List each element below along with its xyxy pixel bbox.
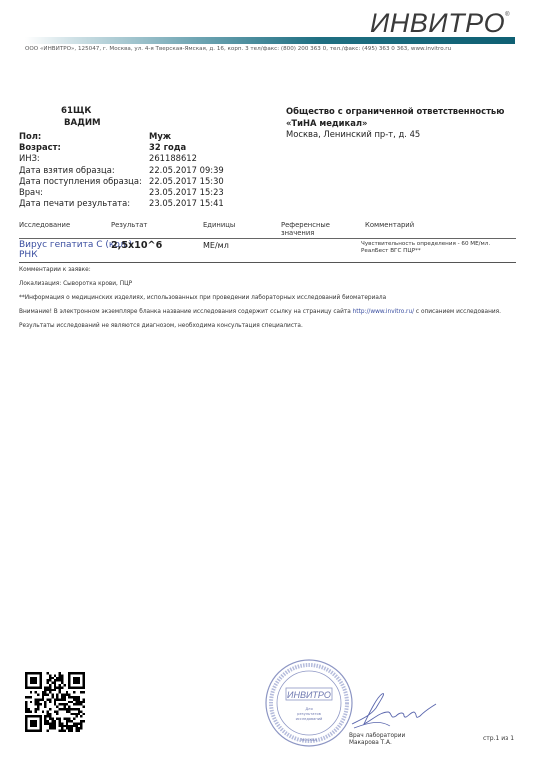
svg-text:Для: Для [305, 707, 312, 711]
field-label: Дата взятия образца: [19, 165, 149, 176]
organization-address: Москва, Ленинский пр-т, д. 45 [286, 129, 504, 141]
patient-field-row: ИНЗ:261188612 [19, 153, 224, 164]
patient-field-row: Пол:Муж [19, 131, 224, 142]
table-row: Вирус гепатита С (кол.)РНК 2,5x10^6 МЕ/м… [19, 239, 516, 263]
registered-mark: ® [505, 12, 510, 18]
doctor-name: Макарова Т.А. [349, 740, 405, 747]
invitro-site-link[interactable]: http://www.invitro.ru/ [353, 309, 414, 315]
field-value: 22.05.2017 09:39 [149, 165, 224, 176]
col-units: Единицы [203, 221, 235, 229]
patient-field-row: Врач:23.05.2017 15:23 [19, 187, 224, 198]
field-value: 261188612 [149, 153, 197, 164]
svg-text:исследований: исследований [296, 717, 323, 721]
field-label: Врач: [19, 187, 149, 198]
organization-name-line2: «ТиНА медикал» [286, 118, 504, 130]
organization-name-line1: Общество с ограниченной ответственностью [286, 106, 504, 118]
medical-devices-note: **Информация о медицинских изделиях, исп… [19, 295, 519, 302]
patient-id: 61ЩК [61, 106, 91, 116]
field-label: ИНЗ: [19, 153, 149, 164]
doctor-signature [350, 690, 440, 730]
field-label: Дата поступления образца: [19, 176, 149, 187]
result-comment: Чувствительность определения - 60 МЕ/мл.… [361, 241, 490, 255]
patient-info: Пол:МужВозраст:32 годаИНЗ:261188612Дата … [19, 131, 224, 209]
localization-note: Локализация: Сыворотка крови, ПЦР [19, 281, 519, 288]
field-value: Муж [149, 131, 171, 142]
svg-text:результатов: результатов [297, 712, 321, 716]
disclaimer-note: Результаты исследований не являются диаг… [19, 323, 519, 330]
attention-note: Внимание! В электронном экземпляре бланк… [19, 309, 519, 316]
field-value: 23.05.2017 15:23 [149, 187, 224, 198]
field-label: Возраст: [19, 142, 149, 153]
results-table-header: Исследование Результат Единицы Референсн… [19, 221, 516, 239]
organization-block: Общество с ограниченной ответственностью… [286, 106, 504, 141]
svg-text:МОСКВА: МОСКВА [301, 738, 317, 742]
qr-code [25, 672, 85, 732]
result-value: 2,5x10^6 [111, 240, 162, 251]
lab-stamp: ИНВИТРО Для результатов исследований МОС… [264, 658, 354, 748]
field-label: Дата печати результата: [19, 198, 149, 209]
col-reference: Референсныезначения [281, 221, 330, 237]
result-units: МЕ/мл [203, 241, 229, 250]
col-comment: Комментарий [365, 221, 414, 229]
header-gradient-bar [25, 37, 515, 44]
svg-text:ИНВИТРО: ИНВИТРО [287, 690, 331, 700]
patient-field-row: Дата взятия образца:22.05.2017 09:39 [19, 165, 224, 176]
patient-field-row: Возраст:32 года [19, 142, 224, 153]
company-address-line: ООО «ИНВИТРО», 125047, г. Москва, ул. 4-… [25, 46, 451, 52]
page-number: стр.1 из 1 [483, 735, 514, 742]
doctor-block: Врач лаборатории Макарова Т.А. [349, 733, 405, 747]
col-result: Результат [111, 221, 147, 229]
notes-section: Комментарии к заявке: Локализация: Сывор… [19, 267, 519, 337]
field-value: 22.05.2017 15:30 [149, 176, 224, 187]
field-value: 23.05.2017 15:41 [149, 198, 224, 209]
col-test: Исследование [19, 221, 70, 229]
invitro-logo: ИНВИТРО® [370, 8, 510, 39]
field-label: Пол: [19, 131, 149, 142]
logo-text: ИНВИТРО [370, 8, 505, 38]
patient-field-row: Дата поступления образца:22.05.2017 15:3… [19, 176, 224, 187]
patient-field-row: Дата печати результата:23.05.2017 15:41 [19, 198, 224, 209]
field-value: 32 года [149, 142, 186, 153]
comments-title: Комментарии к заявке: [19, 267, 519, 274]
doctor-title: Врач лаборатории [349, 733, 405, 740]
patient-name: ВАДИМ [64, 118, 101, 128]
